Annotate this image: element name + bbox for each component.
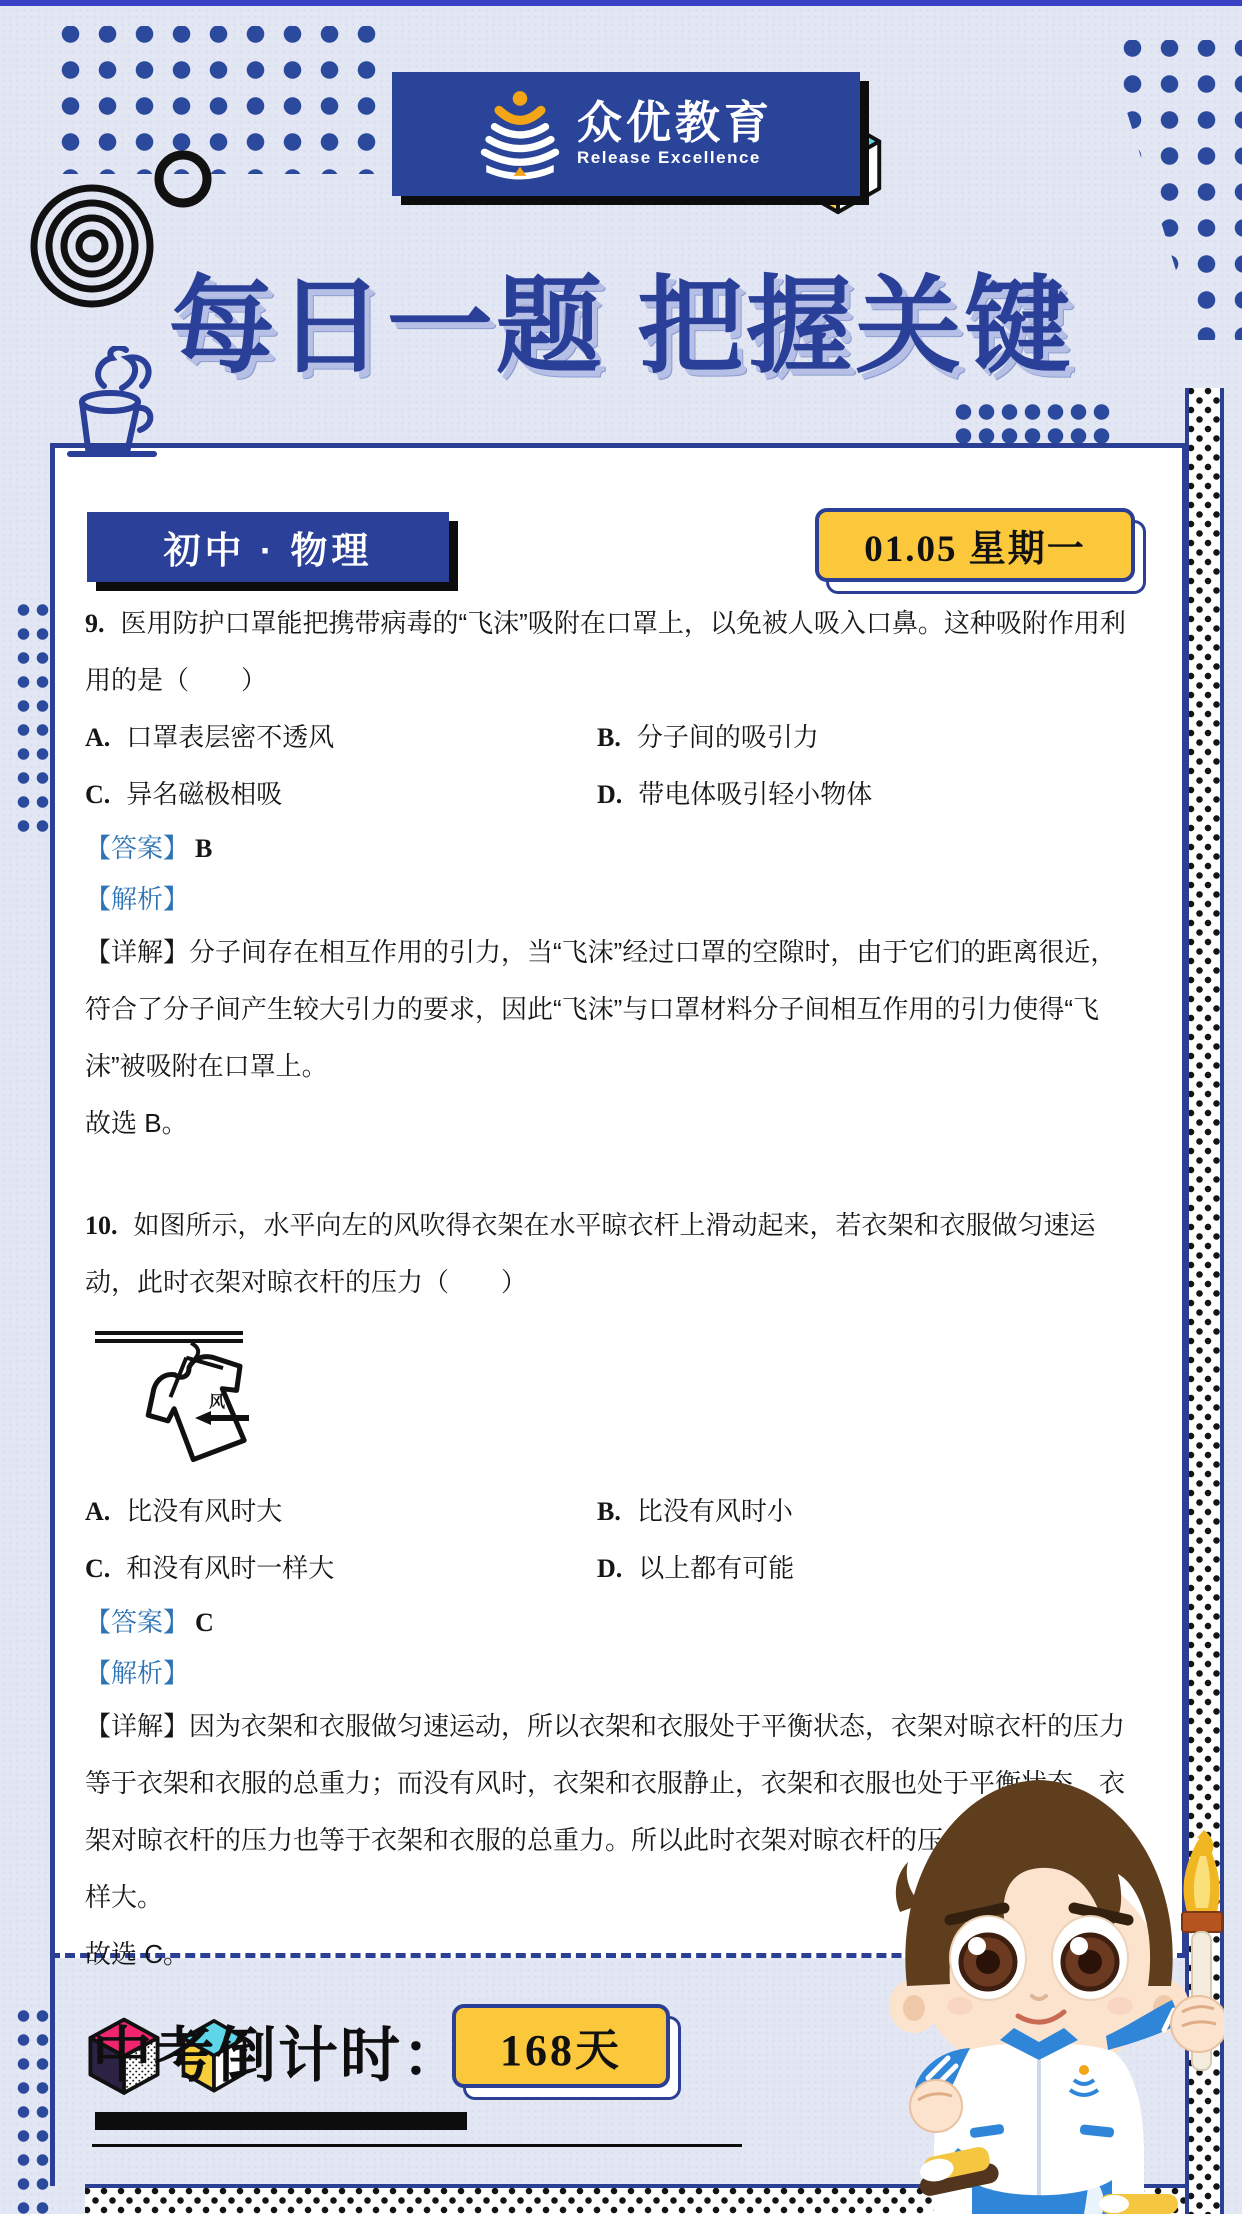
answer-tag: 【答案】 <box>85 1607 189 1637</box>
option-c: C.和没有风时一样大 <box>85 1540 597 1597</box>
logo-book-icon <box>479 86 561 182</box>
dot-grid-left <box>14 598 54 843</box>
answer-tag: 【答案】 <box>85 833 189 863</box>
analysis-line: 【解析】 <box>85 874 1135 924</box>
answer-line: 【答案】C <box>85 1597 1135 1648</box>
option-c: C.异名磁极相吸 <box>85 766 597 823</box>
option-d: D.带电体吸引轻小物体 <box>597 766 872 823</box>
answer-line: 【答案】B <box>85 823 1135 874</box>
mascot-boy-illustration <box>852 1734 1224 2214</box>
poster-title: 每日一题 把握关键 <box>60 242 1182 394</box>
underline-line <box>92 2144 742 2147</box>
coffee-mug-icon <box>62 346 172 458</box>
detail-tag: 【详解】 <box>85 1711 189 1741</box>
wind-label: 风 <box>209 1392 226 1411</box>
shoe <box>1099 2194 1178 2214</box>
countdown-label: 中考倒计时： <box>92 2008 464 2094</box>
logo-tagline: Release Excellence <box>577 147 773 169</box>
option-a: A.比没有风时大 <box>85 1483 597 1540</box>
question-stem: 10.如图所示，水平向左的风吹得衣架在水平晾衣杆上滑动起来，若衣架和衣服做匀速运… <box>85 1197 1135 1311</box>
analysis-tag: 【解析】 <box>85 884 189 914</box>
dot-grid-top-left <box>52 26 390 174</box>
shirt-figure <box>133 1338 261 1473</box>
detail-text: 【详解】分子间存在相互作用的引力，当“飞沫”经过口罩的空隙时，由于它们的距离很近… <box>85 924 1135 1095</box>
logo-banner: 众优教育 Release Excellence <box>392 72 860 196</box>
detail-tag: 【详解】 <box>85 937 189 967</box>
date-badge: 01.05 星期一 <box>815 508 1135 582</box>
analysis-tag: 【解析】 <box>85 1658 189 1688</box>
logo-name: 众优教育 <box>577 99 773 147</box>
dot-grid-bottom-left <box>14 2004 54 2214</box>
frame-left-line <box>50 443 55 2186</box>
analysis-line: 【解析】 <box>85 1648 1135 1698</box>
question-number: 9. <box>85 609 105 638</box>
option-b: B.比没有风时小 <box>597 1483 793 1540</box>
question-stem: 9.医用防护口罩能把携带病毒的“飞沫”吸附在口罩上，以免被人吸入口鼻。这种吸附作… <box>85 595 1135 709</box>
ring-icon <box>152 148 214 210</box>
dot-rows-under-title <box>952 400 1112 448</box>
question-number: 10. <box>85 1211 118 1240</box>
conclusion-text: 故选 B。 <box>85 1095 1135 1152</box>
countdown-badge: 168天 <box>452 2004 670 2088</box>
question-block-9: 9.医用防护口罩能把携带病毒的“飞沫”吸附在口罩上，以免被人吸入口鼻。这种吸附作… <box>85 595 1135 1152</box>
subject-badge: 初中 · 物理 <box>87 512 449 582</box>
underline-bar <box>95 2112 467 2130</box>
option-a: A.口罩表层密不透风 <box>85 709 597 766</box>
answer-value: B <box>195 834 212 863</box>
poster-page: 众优教育 Release Excellence 每日一题 把握关键 初中 · 物… <box>0 0 1242 2214</box>
option-b: B.分子间的吸引力 <box>597 709 819 766</box>
option-d: D.以上都有可能 <box>597 1540 794 1597</box>
question-figure: 风 <box>91 1323 261 1473</box>
answer-value: C <box>195 1608 214 1637</box>
top-border-line <box>0 0 1242 6</box>
